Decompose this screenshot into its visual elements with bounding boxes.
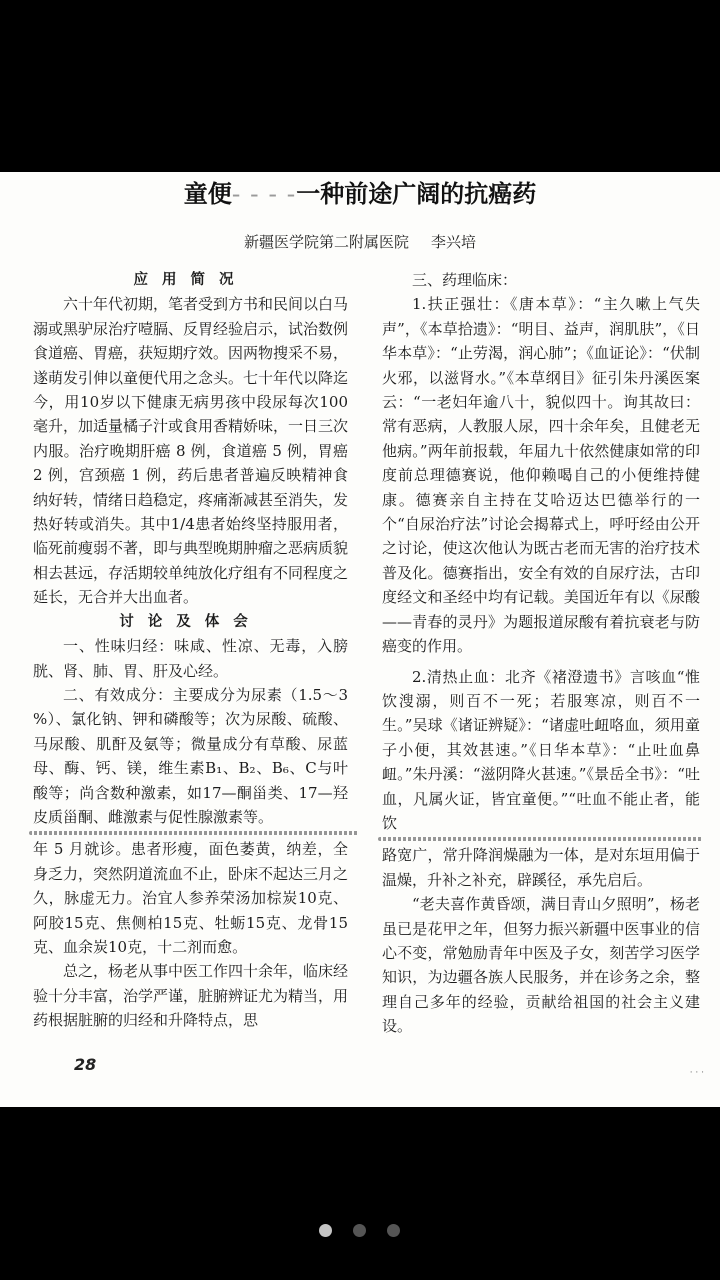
- section-heading-application: 应用简况: [33, 268, 348, 292]
- image-viewer: 童便- - - -一种前途广阔的抗癌药 新疆医学院第二附属医院李兴培 应用简况 …: [0, 0, 720, 1280]
- page-dot-2[interactable]: [353, 1224, 366, 1237]
- scan-artifact: · · ·: [690, 1068, 704, 1078]
- title-part-a: 童便: [184, 180, 232, 208]
- pagination-dots: [0, 1224, 720, 1238]
- paragraph: 二、有效成分：主要成分为尿素（1.5～3 %）、氯化钠、钾和磷酸等；次为尿酸、硫…: [33, 683, 348, 829]
- author: 李兴培: [431, 233, 476, 251]
- page-number: 28: [74, 1055, 96, 1074]
- paragraph: 一、性味归经：味咸、性凉、无毒，入膀胱、肾、肺、胃、肝及心经。: [33, 634, 348, 683]
- left-column: 应用简况 六十年代初期，笔者受到方书和民间以白马溺或黑驴尿治疗噎膈、反胃经验启示…: [33, 268, 348, 1033]
- title-part-b: 一种前途广阔的抗癌药: [296, 180, 536, 208]
- paragraph: 1.扶正强壮：《唐本草》：“主久嗽上气失声”，《本草拾遗》：“明目、益声，润肌肤…: [382, 292, 700, 658]
- byline: 新疆医学院第二附属医院李兴培: [0, 230, 720, 254]
- paragraph: 路宽广，常升降润燥融为一体，是对东垣用偏于温燥，升补之补充，辟蹊径，承先启后。: [382, 843, 700, 892]
- paragraph: 2.清热止血：北齐《褚澄遗书》言咳血“惟饮溲溺，则百不一死；若服寒凉，则百不一生…: [382, 665, 700, 836]
- paragraph: 年 5 月就诊。患者形瘦，面色萎黄，纳差，全身乏力，突然阴道流血不止，卧床不起达…: [33, 837, 348, 959]
- paragraph: 总之，杨老从事中医工作四十余年，临床经验十分丰富，治学严谨，脏腑辨证尤为精当，用…: [33, 959, 348, 1032]
- wavy-divider: [378, 837, 703, 841]
- right-column: 三、药理临床： 1.扶正强壮：《唐本草》：“主久嗽上气失声”，《本草拾遗》：“明…: [382, 268, 700, 1039]
- affiliation: 新疆医学院第二附属医院: [244, 233, 409, 251]
- document-page-image[interactable]: 童便- - - -一种前途广阔的抗癌药 新疆医学院第二附属医院李兴培 应用简况 …: [0, 172, 720, 1107]
- section-heading-discussion: 讨论及体会: [33, 610, 348, 634]
- page-dot-3[interactable]: [387, 1224, 400, 1237]
- wavy-divider: [29, 831, 359, 835]
- paragraph: 三、药理临床：: [382, 268, 700, 292]
- title-dash: - - - -: [232, 180, 297, 208]
- paragraph: “老夫喜作黄昏颂，满目青山夕照明”，杨老虽已是花甲之年，但努力振兴新疆中医事业的…: [382, 892, 700, 1038]
- paragraph: 六十年代初期，笔者受到方书和民间以白马溺或黑驴尿治疗噎膈、反胃经验启示，试治数例…: [33, 292, 348, 609]
- page-dot-1[interactable]: [319, 1224, 332, 1237]
- article-title: 童便- - - -一种前途广阔的抗癌药: [0, 176, 720, 212]
